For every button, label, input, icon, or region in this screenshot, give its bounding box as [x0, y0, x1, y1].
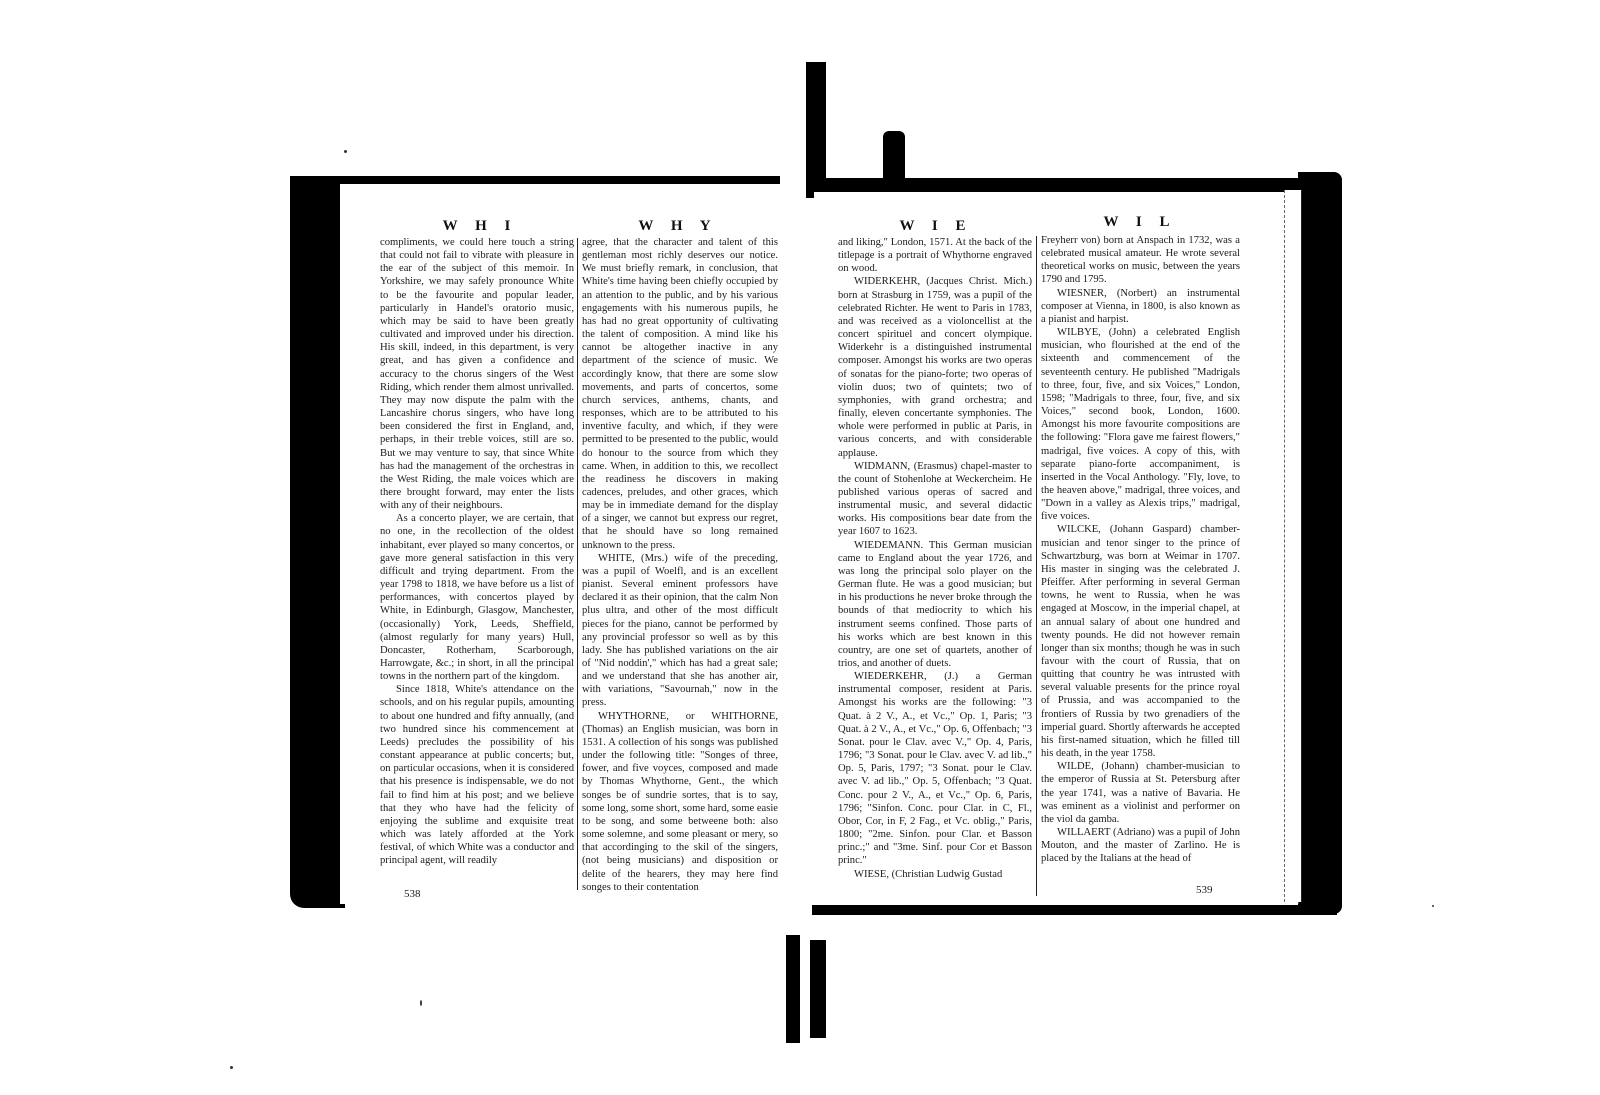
- right-page-column-2: Freyherr von) born at Anspach in 1732, w…: [1041, 234, 1240, 866]
- running-head-why: W H Y: [578, 218, 778, 235]
- scan-speck: [230, 1066, 233, 1069]
- paragraph: WIDERKEHR, (Jacques Christ. Mich.) born …: [838, 275, 1032, 459]
- paragraph: Freyherr von) born at Anspach in 1732, w…: [1041, 234, 1240, 287]
- paragraph: WILBYE, (John) a celebrated English musi…: [1041, 326, 1240, 523]
- left-page-column-2: agree, that the character and talent of …: [582, 236, 778, 894]
- spine-bottom-tab-2: [810, 940, 826, 1038]
- paragraph: compliments, we could here touch a strin…: [380, 236, 574, 512]
- left-page-column-1: compliments, we could here touch a strin…: [380, 236, 574, 868]
- paragraph: WIDMANN, (Erasmus) chapel-master to the …: [838, 460, 1032, 539]
- scan-speck: [1432, 905, 1434, 907]
- paragraph: WIESE, (Christian Ludwig Gustad: [838, 868, 1032, 881]
- paragraph: Since 1818, White's attendance on the sc…: [380, 683, 574, 867]
- running-head-whi: W H I: [380, 218, 580, 235]
- paragraph: WHITE, (Mrs.) wife of the preceding, was…: [582, 552, 778, 710]
- paragraph: and liking," London, 1571. At the back o…: [838, 236, 1032, 275]
- paragraph: WILLAERT (Adriano) was a pupil of John M…: [1041, 826, 1240, 865]
- page-number-right: 539: [1196, 884, 1213, 896]
- left-cover-edge: [290, 176, 345, 908]
- right-cover-edge: [1298, 172, 1342, 914]
- column-divider: [577, 238, 578, 890]
- paragraph: WIESNER, (Norbert) an instrumental compo…: [1041, 287, 1240, 326]
- right-bottom-edge: [812, 905, 1337, 915]
- paragraph: agree, that the character and talent of …: [582, 236, 778, 552]
- paragraph: As a concerto player, we are certain, th…: [380, 512, 574, 683]
- paragraph: WILCKE, (Johann Gaspard) chamber-musicia…: [1041, 523, 1240, 760]
- column-divider: [1036, 236, 1037, 896]
- scan-speck: [344, 150, 347, 153]
- paragraph: WILDE, (Johann) chamber-musician to the …: [1041, 760, 1240, 826]
- scan-speck: [420, 1000, 422, 1006]
- running-head-wil: W I L: [1040, 214, 1240, 231]
- left-top-edge: [290, 176, 780, 184]
- page-number-left: 538: [404, 888, 421, 900]
- paragraph: WHYTHORNE, or WHITHORNE, (Thomas) an Eng…: [582, 710, 778, 894]
- paragraph: WIEDERKEHR, (J.) a German instrumental c…: [838, 670, 1032, 867]
- running-head-wie: W I E: [836, 218, 1036, 235]
- right-page-column-1: and liking," London, 1571. At the back o…: [838, 236, 1032, 881]
- spine-bottom-tab: [786, 935, 800, 1043]
- paragraph: WIEDEMANN. This German musician came to …: [838, 539, 1032, 671]
- right-page-fore-edge: [1284, 190, 1302, 902]
